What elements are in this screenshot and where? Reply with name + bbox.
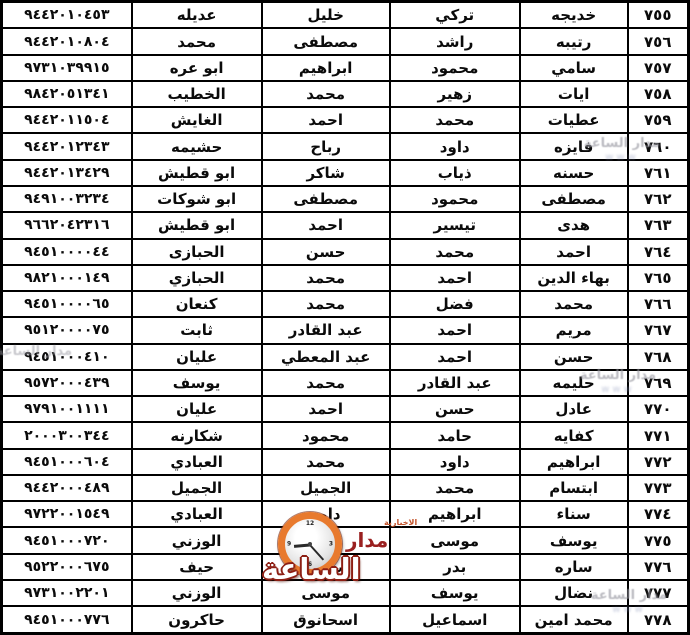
cell-grandfather: محمد: [262, 81, 390, 107]
cell-family: عليان: [132, 344, 262, 370]
cell-grandfather: احمد: [262, 107, 390, 133]
cell-num: ٧٦٩: [628, 370, 689, 396]
cell-phone: ٩٤٤٢٠١١٥٠٤: [2, 107, 132, 133]
cell-first: محمد امين: [520, 606, 628, 633]
cell-grandfather: محمد: [262, 291, 390, 317]
cell-father: احمد: [390, 317, 520, 343]
cell-family: حيف: [132, 554, 262, 580]
cell-num: ٧٧٢: [628, 449, 689, 475]
cell-family: الوزني: [132, 527, 262, 553]
cell-first: سناء: [520, 501, 628, 527]
cell-family: العبادي: [132, 501, 262, 527]
cell-first: كفايه: [520, 422, 628, 448]
cell-father: ابراهيم: [390, 501, 520, 527]
cell-first: ايات: [520, 81, 628, 107]
cell-father: داود: [390, 133, 520, 159]
table-row: ٩٤٥١٠٠٠٦٠٤العباديمحمدداودابراهيم٧٧٢: [2, 449, 689, 475]
cell-first: ابراهيم: [520, 449, 628, 475]
cell-grandfather: محمود: [262, 422, 390, 448]
cell-grandfather: موسى: [262, 580, 390, 606]
cell-phone: ٩٤٤٢٠١٠٨٠٤: [2, 28, 132, 54]
table-row: ٩٧٩١٠٠١١١١علياناحمدحسنعادل٧٧٠: [2, 396, 689, 422]
cell-phone: ٩٧٩١٠٠١١١١: [2, 396, 132, 422]
cell-phone: ٩٨٤٢٠٥١٣٤١: [2, 81, 132, 107]
cell-family: عديله: [132, 2, 262, 29]
cell-grandfather: اسحانوق: [262, 606, 390, 633]
table-row: ٩٤٤٢٠٠٠٤٨٩الجميلالجميلمحمدابتسام٧٧٣: [2, 475, 689, 501]
cell-grandfather: ابراهيم: [262, 55, 390, 81]
cell-first: سامي: [520, 55, 628, 81]
table-row: ٩٤٤٢٠١١٥٠٤الغايشاحمدمحمدعطيات٧٥٩: [2, 107, 689, 133]
cell-phone: ٢٠٠٠٣٠٠٣٤٤: [2, 422, 132, 448]
cell-first: حليمه: [520, 370, 628, 396]
cell-num: ٧٦٥: [628, 265, 689, 291]
cell-grandfather: عبد القادر: [262, 317, 390, 343]
cell-num: ٧٧٧: [628, 580, 689, 606]
table-row: ٩٤٥١٠٠٠٠٦٥كنعانمحمدفضلمحمد٧٦٦: [2, 291, 689, 317]
cell-phone: ٩٤٤٢٠١٣٤٢٩: [2, 160, 132, 186]
cell-num: ٧٧٤: [628, 501, 689, 527]
cell-father: محمود: [390, 186, 520, 212]
cell-first: ابتسام: [520, 475, 628, 501]
cell-num: ٧٥٧: [628, 55, 689, 81]
cell-num: ٧٦٣: [628, 212, 689, 238]
cell-phone: ٩٧٣١٠٠٢٢٠١: [2, 580, 132, 606]
cell-phone: ٩٤٥١٠٠٠٠٦٥: [2, 291, 132, 317]
names-table: ٩٤٤٢٠١٠٤٥٣عديلهخليلتركيخديجه٧٥٥٩٤٤٢٠١٠٨٠…: [0, 0, 690, 635]
cell-num: ٧٧٣: [628, 475, 689, 501]
cell-num: ٧٧٥: [628, 527, 689, 553]
cell-father: داود: [390, 449, 520, 475]
cell-family: الحبازى: [132, 239, 262, 265]
cell-phone: ٩٦٦٢٠٤٢٣١٦: [2, 212, 132, 238]
cell-phone: ٩٨٢١٠٠٠١٤٩: [2, 265, 132, 291]
cell-first: حسن: [520, 344, 628, 370]
cell-first: بهاء الدين: [520, 265, 628, 291]
cell-first: نضال: [520, 580, 628, 606]
cell-num: ٧٧٠: [628, 396, 689, 422]
table-row: ٩٨٤٢٠٥١٣٤١الخطيبمحمدزهيرايات٧٥٨: [2, 81, 689, 107]
cell-father: راشد: [390, 28, 520, 54]
cell-family: شكارنه: [132, 422, 262, 448]
cell-phone: ٩٤٥١٠٠٠٤١٠: [2, 344, 132, 370]
cell-phone: ٩٥٧٢٠٠٠٤٣٩: [2, 370, 132, 396]
cell-first: خديجه: [520, 2, 628, 29]
cell-num: ٧٥٨: [628, 81, 689, 107]
cell-num: ٧٦٨: [628, 344, 689, 370]
cell-phone: ٩٤٤٢٠١٠٤٥٣: [2, 2, 132, 29]
cell-grandfather: شاكر: [262, 160, 390, 186]
cell-family: حشيمه: [132, 133, 262, 159]
cell-num: ٧٦٧: [628, 317, 689, 343]
cell-num: ٧٧١: [628, 422, 689, 448]
cell-family: ابو قطيش: [132, 212, 262, 238]
cell-first: عطيات: [520, 107, 628, 133]
cell-family: الغايش: [132, 107, 262, 133]
table-row: ٩٧٢٢٠٠١٥٤٩العباديداودابراهيمسناء٧٧٤: [2, 501, 689, 527]
cell-phone: ٩٧٢٢٠٠١٥٤٩: [2, 501, 132, 527]
cell-grandfather: داود: [262, 501, 390, 527]
table-row: ٩٥٧٢٠٠٠٤٣٩يوسفمحمدعبد القادرحليمه٧٦٩: [2, 370, 689, 396]
cell-grandfather: احمد: [262, 396, 390, 422]
cell-family: يوسف: [132, 370, 262, 396]
table-row: ٩٧٣١٠٠٢٢٠١الوزنيموسىيوسفنضال٧٧٧: [2, 580, 689, 606]
table-row: ٩٨٢١٠٠٠١٤٩الحبازيمحمداحمدبهاء الدين٧٦٥: [2, 265, 689, 291]
table-row: ٩٤٥١٠٠٠٠٤٤الحبازىحسنمحمداحمد٧٦٤: [2, 239, 689, 265]
cell-father: تركي: [390, 2, 520, 29]
cell-num: ٧٧٨: [628, 606, 689, 633]
cell-phone: ٩٤٥١٠٠٠٠٤٤: [2, 239, 132, 265]
cell-first: احمد: [520, 239, 628, 265]
cell-father: محمد: [390, 475, 520, 501]
cell-family: العبادي: [132, 449, 262, 475]
cell-grandfather: مصطفى: [262, 28, 390, 54]
cell-father: حسن: [390, 396, 520, 422]
cell-num: ٧٦٤: [628, 239, 689, 265]
cell-first: هدى: [520, 212, 628, 238]
cell-grandfather: الجميل: [262, 475, 390, 501]
cell-grandfather: [262, 527, 390, 553]
cell-father: زهير: [390, 81, 520, 107]
cell-father: احمد: [390, 265, 520, 291]
cell-family: الوزني: [132, 580, 262, 606]
cell-father: احمد: [390, 344, 520, 370]
cell-first: حسنه: [520, 160, 628, 186]
cell-family: الجميل: [132, 475, 262, 501]
cell-num: ٧٧٦: [628, 554, 689, 580]
cell-grandfather: خليل: [262, 2, 390, 29]
cell-phone: ٩٥١٢٠٠٠٠٧٥: [2, 317, 132, 343]
cell-father: محمد: [390, 107, 520, 133]
cell-family: ابو قطيش: [132, 160, 262, 186]
cell-father: فضل: [390, 291, 520, 317]
table-row: ٩٤٥١٠٠٠٧٧٦حاكروناسحانوقاسماعيلمحمد امين٧…: [2, 606, 689, 633]
cell-first: عادل: [520, 396, 628, 422]
cell-family: كنعان: [132, 291, 262, 317]
cell-grandfather: سلامه: [262, 554, 390, 580]
cell-family: ابو شوكات: [132, 186, 262, 212]
table-row: ٩٤٤٢٠١٠٨٠٤محمدمصطفىراشدرتيبه٧٥٦: [2, 28, 689, 54]
cell-first: فايزه: [520, 133, 628, 159]
cell-grandfather: عبد المعطي: [262, 344, 390, 370]
cell-family: محمد: [132, 28, 262, 54]
cell-phone: ٩٤٥١٠٠٠٧٧٦: [2, 606, 132, 633]
table-row: ٩٤٤٢٠١٢٣٤٣حشيمهرباحداودفايزه٧٦٠: [2, 133, 689, 159]
table-row: ٩٤٤٢٠١٣٤٢٩ابو قطيششاكرذيابحسنه٧٦١: [2, 160, 689, 186]
table-row: ٩٧٣١٠٣٩٩١٥ابو عرهابراهيممحمودسامي٧٥٧: [2, 55, 689, 81]
cell-grandfather: محمد: [262, 265, 390, 291]
cell-father: بدر: [390, 554, 520, 580]
cell-family: الحبازي: [132, 265, 262, 291]
cell-first: يوسف: [520, 527, 628, 553]
cell-father: موسى: [390, 527, 520, 553]
table-row: ٩٤٥١٠٠٠٧٢٠الوزنيموسىيوسف٧٧٥: [2, 527, 689, 553]
cell-num: ٧٥٥: [628, 2, 689, 29]
cell-father: عبد القادر: [390, 370, 520, 396]
table-row: ٩٤٥١٠٠٠٤١٠عليانعبد المعطياحمدحسن٧٦٨: [2, 344, 689, 370]
cell-first: رتيبه: [520, 28, 628, 54]
scanned-names-list-page: { "table": { "column_keys": ["phone", "f…: [0, 0, 690, 635]
cell-num: ٧٦١: [628, 160, 689, 186]
cell-phone: ٩٤٥١٠٠٠٧٢٠: [2, 527, 132, 553]
table-row: ٩٦٦٢٠٤٢٣١٦ابو قطيشاحمدتيسيرهدى٧٦٣: [2, 212, 689, 238]
cell-num: ٧٦٦: [628, 291, 689, 317]
cell-first: مريم: [520, 317, 628, 343]
cell-num: ٧٥٦: [628, 28, 689, 54]
cell-grandfather: احمد: [262, 212, 390, 238]
names-table-body: ٩٤٤٢٠١٠٤٥٣عديلهخليلتركيخديجه٧٥٥٩٤٤٢٠١٠٨٠…: [2, 2, 689, 634]
cell-grandfather: مصطفى: [262, 186, 390, 212]
cell-first: محمد: [520, 291, 628, 317]
cell-family: ابو عره: [132, 55, 262, 81]
cell-father: تيسير: [390, 212, 520, 238]
cell-family: الخطيب: [132, 81, 262, 107]
table-row: ٩٤٤٢٠١٠٤٥٣عديلهخليلتركيخديجه٧٥٥: [2, 2, 689, 29]
table-row: ٩٤٩١٠٠٣٢٣٤ابو شوكاتمصطفىمحمودمصطفى٧٦٢: [2, 186, 689, 212]
cell-phone: ٩٤٥١٠٠٠٦٠٤: [2, 449, 132, 475]
cell-father: محمد: [390, 239, 520, 265]
cell-family: حاكرون: [132, 606, 262, 633]
cell-father: يوسف: [390, 580, 520, 606]
cell-first: ساره: [520, 554, 628, 580]
cell-family: عليان: [132, 396, 262, 422]
cell-father: ذياب: [390, 160, 520, 186]
cell-father: اسماعيل: [390, 606, 520, 633]
cell-grandfather: محمد: [262, 370, 390, 396]
cell-father: محمود: [390, 55, 520, 81]
cell-phone: ٩٧٣١٠٣٩٩١٥: [2, 55, 132, 81]
cell-grandfather: محمد: [262, 449, 390, 475]
table-row: ٩٥٢٢٠٠٠٦٧٥حيفسلامهبدرساره٧٧٦: [2, 554, 689, 580]
table-row: ٢٠٠٠٣٠٠٣٤٤شكارنهمحمودحامدكفايه٧٧١: [2, 422, 689, 448]
cell-phone: ٩٤٩١٠٠٣٢٣٤: [2, 186, 132, 212]
cell-num: ٧٦٢: [628, 186, 689, 212]
table-row: ٩٥١٢٠٠٠٠٧٥ثابتعبد القادراحمدمريم٧٦٧: [2, 317, 689, 343]
cell-phone: ٩٥٢٢٠٠٠٦٧٥: [2, 554, 132, 580]
cell-first: مصطفى: [520, 186, 628, 212]
cell-num: ٧٦٠: [628, 133, 689, 159]
cell-phone: ٩٤٤٢٠٠٠٤٨٩: [2, 475, 132, 501]
cell-father: حامد: [390, 422, 520, 448]
cell-phone: ٩٤٤٢٠١٢٣٤٣: [2, 133, 132, 159]
cell-family: ثابت: [132, 317, 262, 343]
cell-grandfather: رباح: [262, 133, 390, 159]
cell-num: ٧٥٩: [628, 107, 689, 133]
cell-grandfather: حسن: [262, 239, 390, 265]
